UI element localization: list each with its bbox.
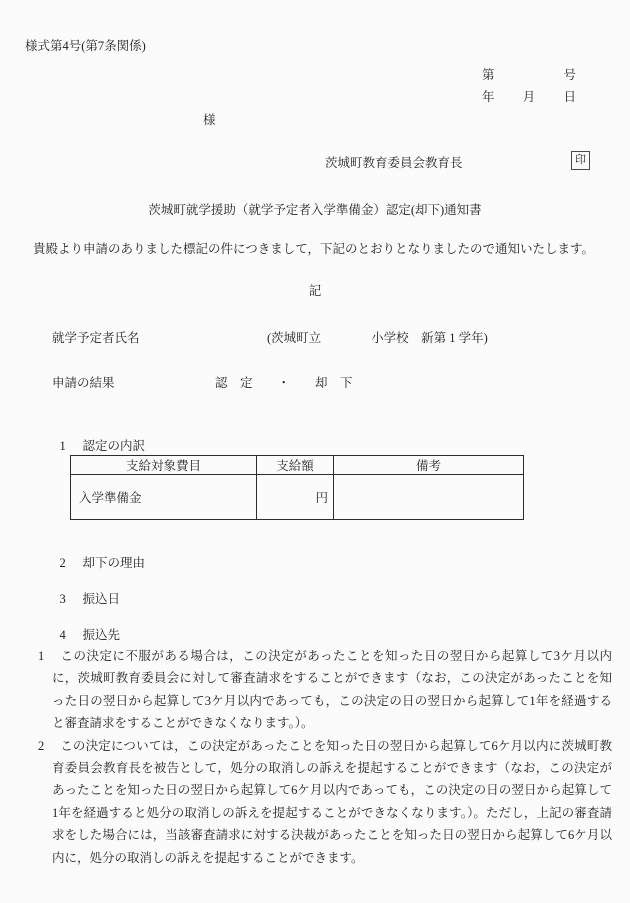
form-number: 様式第4号(第7条関係) bbox=[25, 39, 146, 54]
legal-note-appeal: 1この決定に不服がある場合は，この決定があったことを知った日の翌日から起算して3… bbox=[38, 645, 612, 735]
document-number-line: 第 号 bbox=[482, 68, 576, 83]
seal-box: 印 bbox=[571, 151, 590, 170]
section-1-label: 認定の内訳 bbox=[83, 439, 146, 453]
intro-paragraph: 貴殿より申請のありました標記の件につきまして，下記のとおりとなりましたので通知い… bbox=[33, 242, 594, 257]
section-2-number: 2 bbox=[60, 556, 83, 571]
document-title: 茨城町就学援助（就学予定者入学準備金）認定(却下)通知書 bbox=[0, 203, 630, 218]
cell-expense-item: 入学準備金 bbox=[71, 475, 257, 520]
result-label: 申請の結果 bbox=[52, 376, 115, 391]
note-1-number: 1 bbox=[38, 645, 60, 667]
notification-document: 様式第4号(第7条関係) 第 号 年 月 日 様 茨城町教育委員会教育長 印 茨… bbox=[0, 0, 630, 903]
section-4-label: 振込先 bbox=[83, 628, 121, 642]
date-day-label: 日 bbox=[563, 90, 576, 105]
approval-detail-table: 支給対象費目 支給額 備考 入学準備金 円 bbox=[70, 455, 524, 520]
cell-remarks bbox=[334, 475, 524, 520]
note-2-number: 2 bbox=[38, 735, 60, 757]
column-header-amount: 支給額 bbox=[257, 456, 334, 475]
date-line: 年 月 日 bbox=[482, 90, 576, 105]
seal-character: 印 bbox=[575, 155, 586, 166]
result-options: 認 定 ・ 却 下 bbox=[215, 376, 353, 391]
section-3-number: 3 bbox=[60, 592, 83, 607]
date-month-label: 月 bbox=[523, 90, 536, 105]
column-header-remarks: 備考 bbox=[334, 456, 524, 475]
recipient-honorific: 様 bbox=[203, 113, 216, 128]
school-info: (茨城町立 小学校 新第 1 学年) bbox=[267, 331, 488, 346]
document-number-suffix: 号 bbox=[563, 68, 576, 83]
cell-amount-unit: 円 bbox=[257, 475, 334, 520]
note-1-text: この決定に不服がある場合は，この決定があったことを知った日の翌日から起算して3ケ… bbox=[52, 649, 612, 730]
document-number-prefix: 第 bbox=[482, 68, 495, 83]
table-row: 入学準備金 円 bbox=[71, 475, 524, 520]
section-2-label: 却下の理由 bbox=[83, 556, 146, 570]
legal-note-lawsuit: 2この決定については，この決定があったことを知った日の翌日から起算して6ケ月以内… bbox=[38, 735, 612, 869]
section-4-number: 4 bbox=[60, 628, 83, 643]
section-1-number: 1 bbox=[60, 439, 83, 454]
date-year-label: 年 bbox=[482, 90, 495, 105]
column-header-expense-item: 支給対象費目 bbox=[71, 456, 257, 475]
sender-title: 茨城町教育委員会教育長 bbox=[325, 156, 463, 171]
legal-notes: 1この決定に不服がある場合は，この決定があったことを知った日の翌日から起算して3… bbox=[38, 645, 612, 869]
table-header-row: 支給対象費目 支給額 備考 bbox=[71, 456, 524, 475]
note-2-text: この決定については，この決定があったことを知った日の翌日から起算して6ケ月以内に… bbox=[52, 739, 612, 865]
ki-marker: 記 bbox=[0, 284, 630, 299]
student-name-label: 就学予定者氏名 bbox=[52, 331, 140, 346]
section-3-label: 振込日 bbox=[83, 592, 121, 606]
